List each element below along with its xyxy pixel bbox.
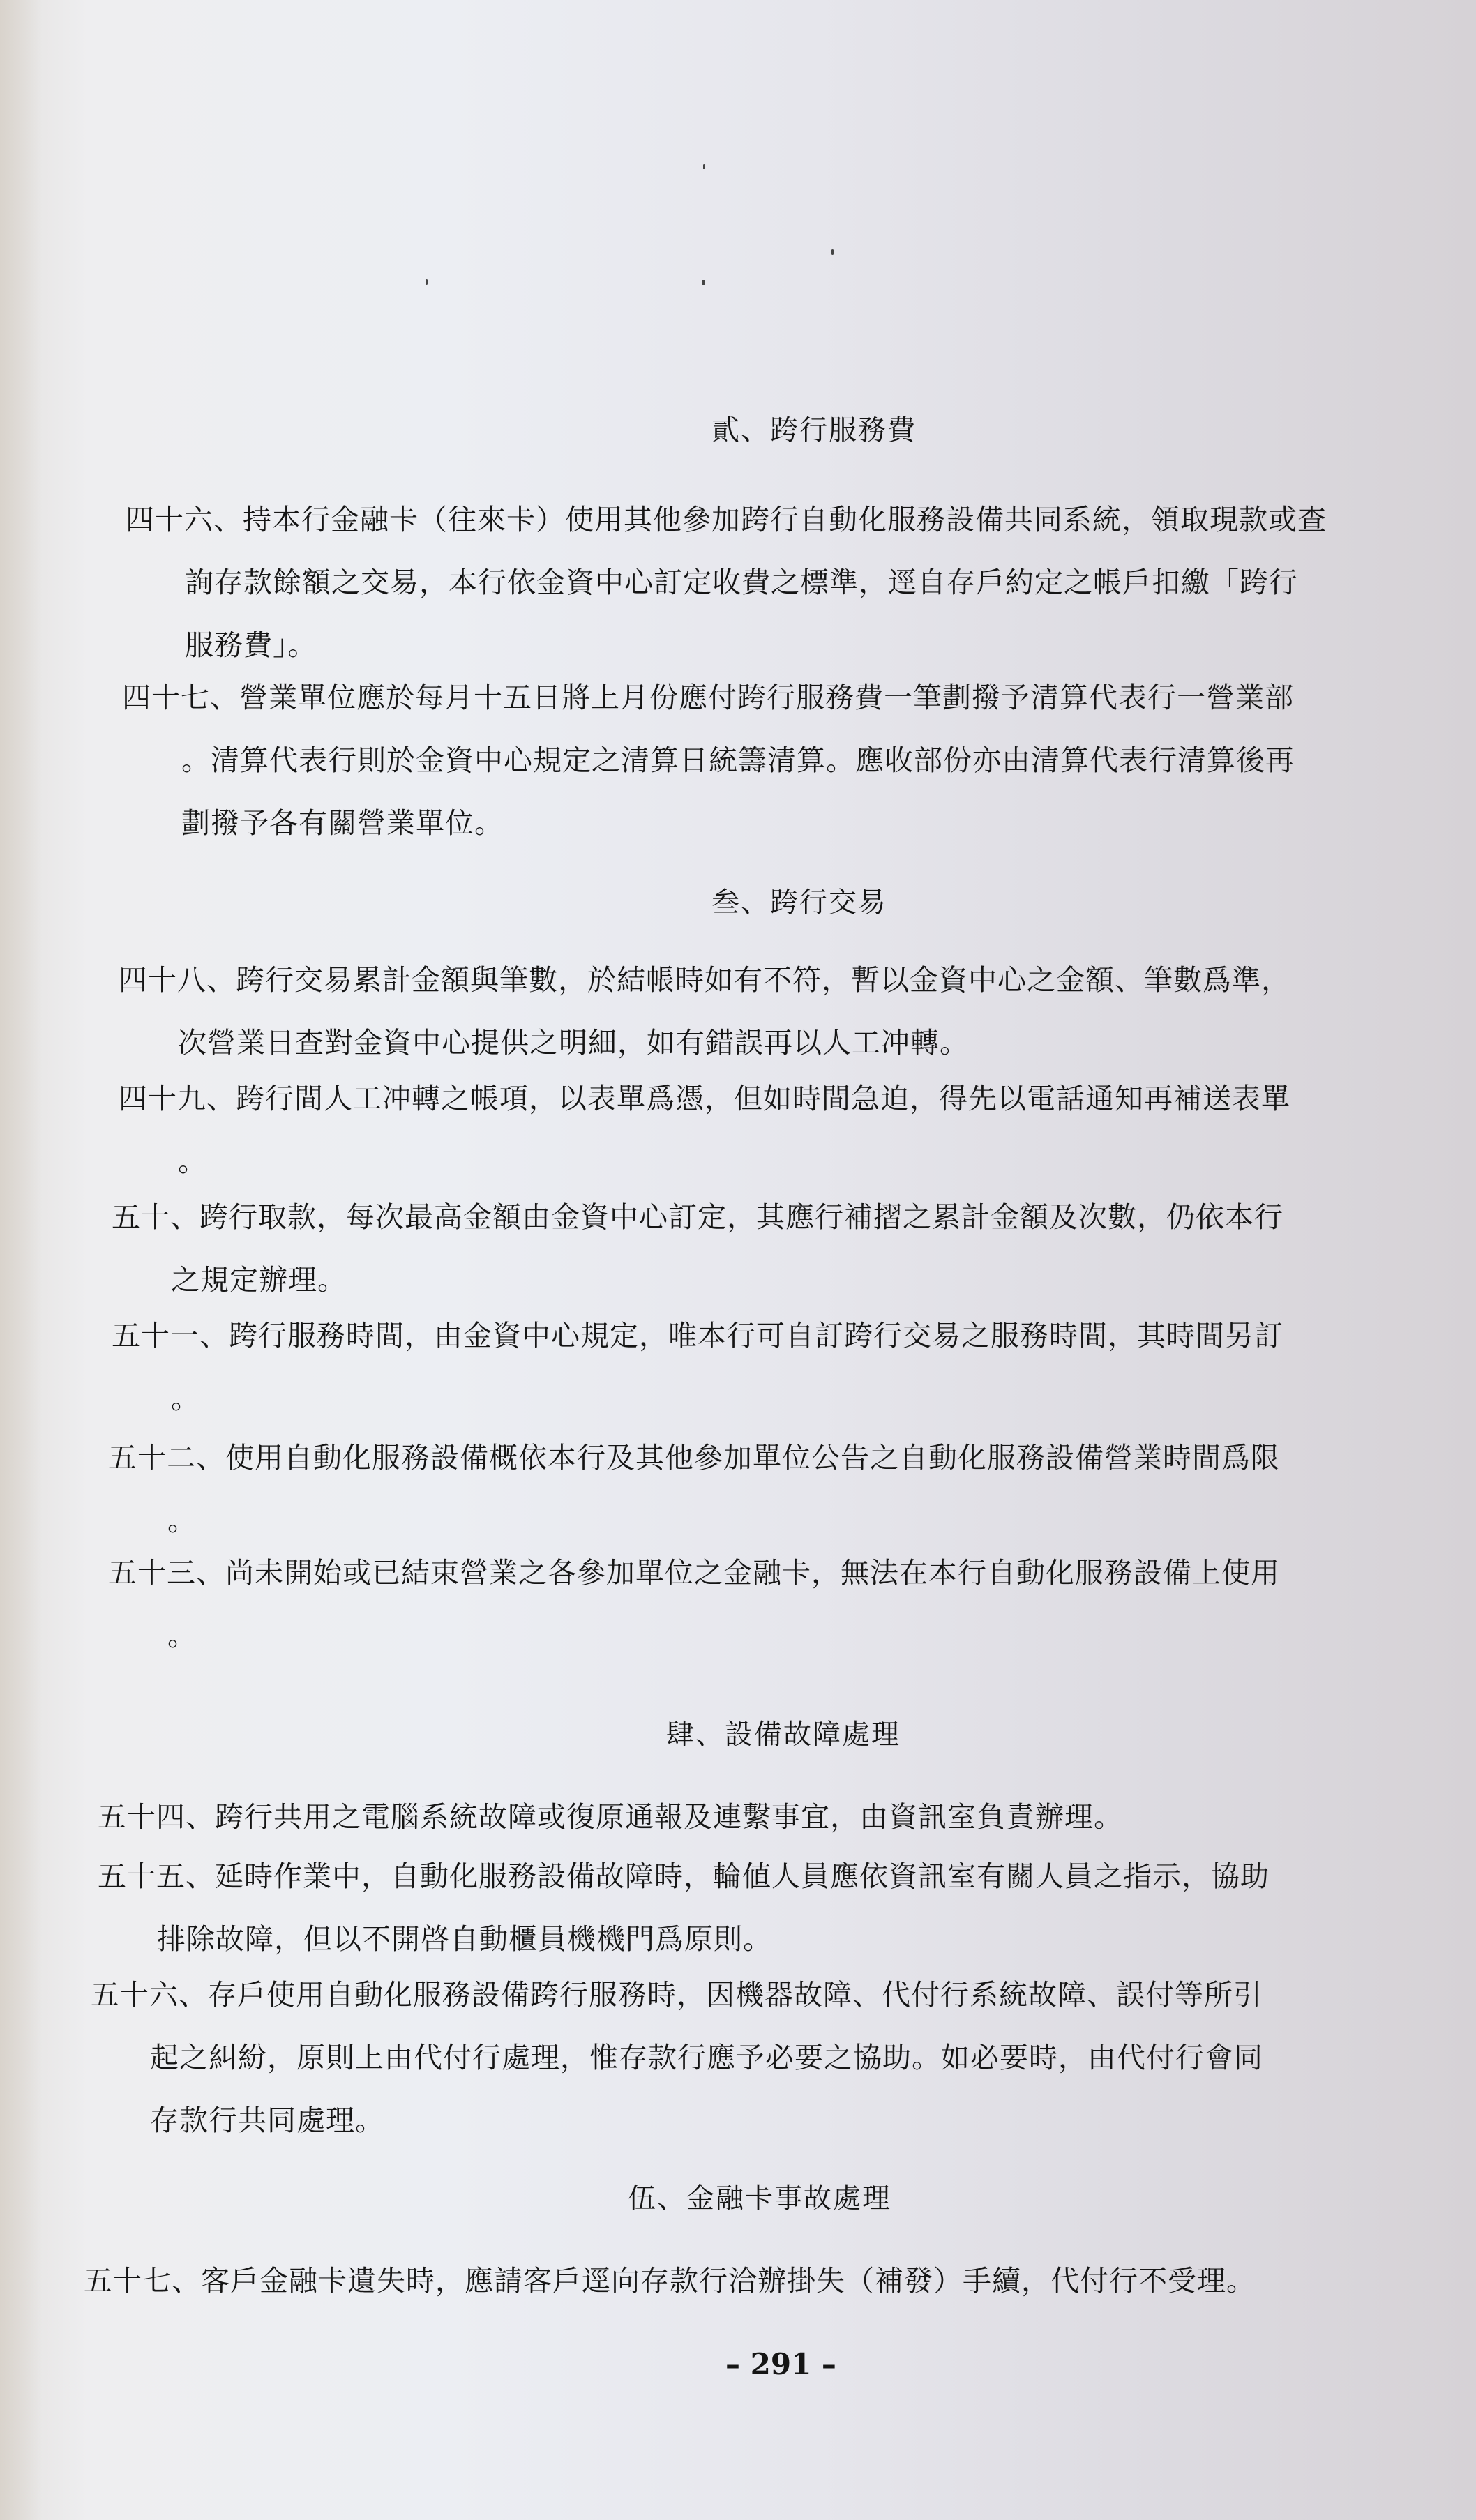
article-line: 次營業日查對金資中心提供之明細，如有錯誤再以人工冲轉。: [119, 1011, 1290, 1074]
page-number: – 291 –: [725, 2347, 836, 2381]
article-47: 四十七、營業單位應於每月十五日將上月份應付跨行服務費一筆劃撥予清算代表行一營業部…: [122, 666, 1295, 854]
article-line: 五十五、延時作業中，自動化服務設備故障時，輪値人員應依資訊室有關人員之指示，協助: [98, 1845, 1270, 1908]
article-line: 五十一、跨行服務時間，由金資中心規定，唯本行可自訂跨行交易之服務時間，其時間另訂: [112, 1304, 1283, 1367]
article-line: 起之糾紛，原則上由代付行處理，惟存款行應予必要之協助。如必要時，由代付行會同: [91, 2026, 1263, 2089]
article-50: 五十、跨行取款，每次最高金額由金資中心訂定，其應行補摺之累計金額及次數，仍依本行…: [112, 1186, 1283, 1311]
section-title: 貳、跨行服務費: [711, 408, 917, 448]
document-page: 貳、跨行服務費 四十六、持本行金融卡（往來卡）使用其他參加跨行自動化服務設備共同…: [0, 0, 1476, 2520]
article-52: 五十二、使用自動化服務設備概依本行及其他參加單位公告之自動化服務設備營業時間爲限…: [108, 1426, 1280, 1552]
article-54: 五十四、跨行共用之電腦系統故障或復原通報及連繫事宜，由資訊室負責辦理。: [98, 1786, 1123, 1848]
article-line: 五十六、存戶使用自動化服務設備跨行服務時，因機器故障、代付行系統故障、誤付等所引: [91, 1963, 1263, 2026]
article-line: 。清算代表行則於金資中心規定之清算日統籌清算。應收部份亦由清算代表行清算後再: [122, 729, 1295, 792]
section-title: 肆、設備故障處理: [666, 1712, 901, 1752]
article-56: 五十六、存戶使用自動化服務設備跨行服務時，因機器故障、代付行系統故障、誤付等所引…: [91, 1963, 1263, 2152]
article-53: 五十三、尚未開始或已結束營業之各參加單位之金融卡，無法在本行自動化服務設備上使用…: [108, 1541, 1280, 1667]
article-line: 詢存款餘額之交易，本行依金資中心訂定收費之標準，逕自存戶約定之帳戶扣繳「跨行: [126, 551, 1327, 614]
article-line: 。: [119, 1130, 1290, 1193]
section-title: 伍、金融卡事故處理: [628, 2176, 891, 2216]
article-57: 五十七、客戶金融卡遺失時，應請客戶逕向存款行洽辦掛失（補發）手續，代付行不受理。: [84, 2249, 1256, 2312]
article-line: 四十六、持本行金融卡（往來卡）使用其他參加跨行自動化服務設備共同系統，領取現款或…: [126, 488, 1327, 551]
article-line: 。: [108, 1604, 1280, 1667]
article-line: 五十二、使用自動化服務設備概依本行及其他參加單位公告之自動化服務設備營業時間爲限: [108, 1426, 1280, 1489]
article-51: 五十一、跨行服務時間，由金資中心規定，唯本行可自訂跨行交易之服務時間，其時間另訂…: [112, 1304, 1283, 1430]
article-line: 五十三、尚未開始或已結束營業之各參加單位之金融卡，無法在本行自動化服務設備上使用: [108, 1541, 1280, 1604]
paper-speck: [703, 164, 705, 169]
paper-speck: [831, 249, 834, 255]
article-line: 。: [112, 1367, 1283, 1430]
article-line: 五十、跨行取款，每次最高金額由金資中心訂定，其應行補摺之累計金額及次數，仍依本行: [112, 1186, 1283, 1248]
article-line: 劃撥予各有關營業單位。: [122, 792, 1295, 854]
article-line: 排除故障，但以不開啓自動櫃員機機門爲原則。: [98, 1908, 1270, 1970]
article-49: 四十九、跨行間人工冲轉之帳項，以表單爲憑，但如時間急迫，得先以電話通知再補送表單…: [119, 1067, 1290, 1193]
article-line: 四十九、跨行間人工冲轉之帳項，以表單爲憑，但如時間急迫，得先以電話通知再補送表單: [119, 1067, 1290, 1130]
paper-speck: [426, 279, 428, 285]
article-46: 四十六、持本行金融卡（往來卡）使用其他參加跨行自動化服務設備共同系統，領取現款或…: [126, 488, 1327, 677]
paper-speck: [702, 280, 705, 285]
page-edge-shadow: [0, 0, 42, 2520]
article-line: 五十四、跨行共用之電腦系統故障或復原通報及連繫事宜，由資訊室負責辦理。: [98, 1786, 1123, 1848]
article-line: 四十七、營業單位應於每月十五日將上月份應付跨行服務費一筆劃撥予清算代表行一營業部: [122, 666, 1295, 729]
article-line: 之規定辦理。: [112, 1248, 1283, 1311]
article-line: 五十七、客戶金融卡遺失時，應請客戶逕向存款行洽辦掛失（補發）手續，代付行不受理。: [84, 2249, 1256, 2312]
section-title: 叁、跨行交易: [711, 880, 887, 920]
article-48: 四十八、跨行交易累計金額與筆數，於結帳時如有不符，暫以金資中心之金額、筆數爲準，…: [119, 949, 1290, 1074]
article-55: 五十五、延時作業中，自動化服務設備故障時，輪値人員應依資訊室有關人員之指示，協助…: [98, 1845, 1270, 1970]
article-line: 存款行共同處理。: [91, 2089, 1263, 2152]
article-line: 四十八、跨行交易累計金額與筆數，於結帳時如有不符，暫以金資中心之金額、筆數爲準，: [119, 949, 1290, 1011]
